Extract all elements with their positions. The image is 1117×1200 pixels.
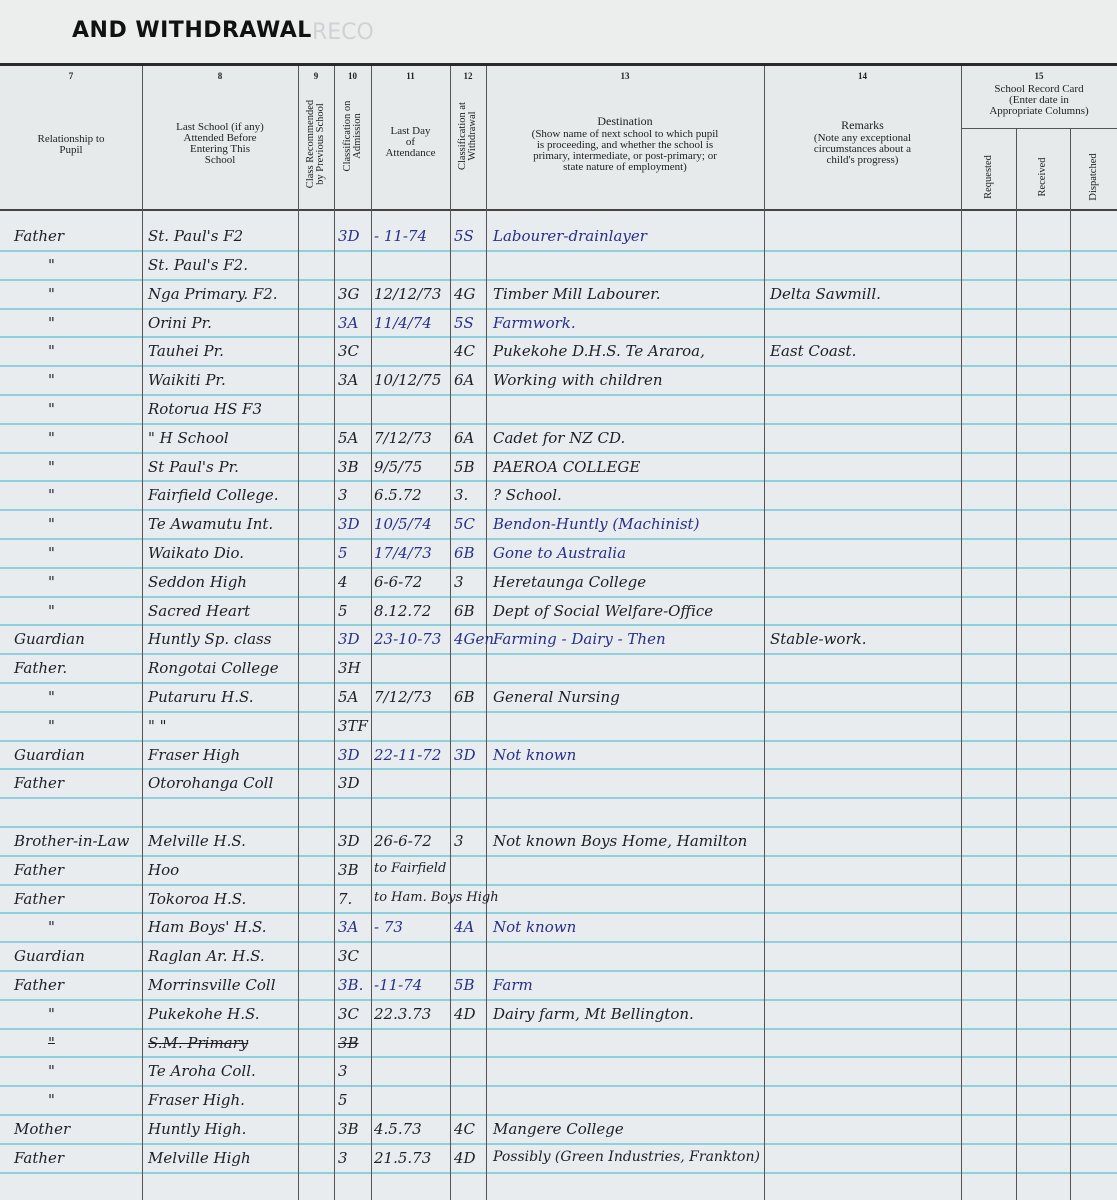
cell-last-school: St. Paul's F2 — [148, 227, 243, 245]
cell-remarks: Stable-work. — [770, 630, 867, 648]
column-label: Dispatched — [1089, 147, 1099, 207]
cell-class-adm: 3B — [338, 458, 359, 476]
cell-last-day: -11-74 — [374, 976, 422, 994]
cell-last-school: Fraser High. — [148, 1091, 245, 1109]
table-row: FatherTokoroa H.S.7.to Ham. Boys High — [0, 890, 1117, 916]
cell-last-school: Hoo — [148, 861, 179, 879]
cell-relationship: Father. — [14, 659, 67, 677]
cell-class-wd: 3 — [454, 832, 464, 850]
cell-relationship: Brother-in-Law — [14, 832, 129, 850]
header-remarks: 14 Remarks (Note any exceptional circums… — [764, 66, 961, 209]
header-dispatched: Dispatched — [1070, 66, 1117, 209]
cell-last-day: 22-11-72 — [374, 746, 441, 764]
cell-class-adm: 5 — [338, 602, 348, 620]
cell-last-school: Raglan Ar. H.S. — [148, 947, 265, 965]
column-label: Classification at Withdrawal — [458, 81, 478, 191]
label-line: School — [142, 155, 298, 166]
table-row: "" H School5A7/12/736ACadet for NZ CD. — [0, 429, 1117, 455]
header-relationship: 7 Relationship to Pupil — [0, 66, 142, 209]
cell-destination: Gone to Australia — [493, 544, 626, 562]
cell-relationship: " — [48, 371, 55, 389]
cell-last-day: 6-6-72 — [374, 573, 422, 591]
label-line: by Previous School — [316, 84, 326, 204]
cell-class-adm: 3D — [338, 774, 360, 792]
cell-last-school: Te Awamutu Int. — [148, 515, 273, 533]
label-line: Withdrawal — [468, 81, 478, 191]
column-label: Last Day of Attendance — [371, 126, 450, 159]
cell-relationship: " — [48, 256, 55, 274]
cell-last-school: Rongotai College — [148, 659, 279, 677]
cell-class-adm: 3G — [338, 285, 360, 303]
cell-class-wd: 3. — [454, 486, 468, 504]
table-row: "Tauhei Pr.3C4CPukekohe D.H.S. Te Araroa… — [0, 342, 1117, 368]
cell-last-day: 9/5/75 — [374, 458, 422, 476]
column-label: Remarks (Note any exceptional circumstan… — [764, 120, 961, 166]
cell-relationship: Father — [14, 976, 64, 994]
column-number: 14 — [764, 71, 961, 82]
cell-destination: Not known — [493, 746, 576, 764]
table-row: MotherHuntly High.3B4.5.734CMangere Coll… — [0, 1120, 1117, 1146]
cell-last-day: to Fairfield — [374, 861, 446, 876]
cell-class-wd: 6B — [454, 544, 475, 562]
cell-class-adm: 7. — [338, 890, 352, 908]
table-row: "Sacred Heart58.12.726BDept of Social We… — [0, 602, 1117, 628]
cell-last-day: 11/4/74 — [374, 314, 432, 332]
cell-last-day: - 73 — [374, 918, 403, 936]
cell-last-day: 12/12/73 — [374, 285, 441, 303]
cell-destination: Farmwork. — [493, 314, 576, 332]
cell-class-wd: 4A — [454, 918, 474, 936]
cell-last-school: Waikiti Pr. — [148, 371, 226, 389]
column-label: Relationship to Pupil — [0, 134, 142, 156]
cell-relationship: " — [48, 429, 55, 447]
cell-last-school: Nga Primary. F2. — [148, 285, 278, 303]
label-line: Attendance — [371, 148, 450, 159]
cell-class-adm: 3D — [338, 227, 360, 245]
cell-class-adm: 5 — [338, 544, 348, 562]
record-card-divider — [961, 128, 1117, 129]
cell-relationship: " — [48, 1091, 55, 1109]
table-row: "Putaruru H.S.5A7/12/736BGeneral Nursing — [0, 688, 1117, 714]
cell-class-adm: 3 — [338, 1149, 348, 1167]
cell-relationship: " — [48, 688, 55, 706]
cell-last-school: Ham Boys' H.S. — [148, 918, 267, 936]
cell-last-school: Fraser High — [148, 746, 240, 764]
table-row: Father.Rongotai College3H — [0, 659, 1117, 685]
cell-relationship: Father — [14, 227, 64, 245]
cell-relationship: " — [48, 602, 55, 620]
page-title: AND WITHDRAWAL — [72, 18, 312, 43]
cell-relationship: " — [48, 285, 55, 303]
cell-relationship: " — [48, 1062, 55, 1080]
cell-destination: Not known — [493, 918, 576, 936]
cell-class-wd: 4Gen — [454, 630, 494, 648]
cell-class-wd: 5B — [454, 976, 475, 994]
cell-last-school: Morrinsville Coll — [148, 976, 276, 994]
cell-last-day: 26-6-72 — [374, 832, 432, 850]
cell-class-adm: 4 — [338, 573, 348, 591]
label-line: Classification on — [343, 81, 353, 191]
cell-class-wd: 6B — [454, 602, 475, 620]
cell-last-day: 8.12.72 — [374, 602, 431, 620]
cell-destination: Working with children — [493, 371, 663, 389]
cell-remarks: East Coast. — [770, 342, 856, 360]
cell-class-adm: 3 — [338, 1062, 348, 1080]
cell-last-school: Tauhei Pr. — [148, 342, 224, 360]
cell-class-adm: 3B — [338, 861, 359, 879]
cell-class-adm: 5 — [338, 1091, 348, 1109]
cell-relationship: " — [48, 1005, 55, 1023]
cell-relationship: Father — [14, 890, 64, 908]
cell-last-school: St. Paul's F2. — [148, 256, 248, 274]
label-line: Admission — [353, 81, 363, 191]
column-label: Class Recommended by Previous School — [306, 84, 326, 204]
cell-relationship: Guardian — [14, 947, 85, 965]
cell-relationship: Father — [14, 1149, 64, 1167]
table-row: "Orini Pr.3A11/4/745SFarmwork. — [0, 314, 1117, 340]
table-row — [0, 803, 1117, 829]
header-destination: 13 Destination (Show name of next school… — [486, 66, 764, 209]
table-row: GuardianHuntly Sp. class3D23-10-734GenFa… — [0, 630, 1117, 656]
table-row: "Te Awamutu Int.3D10/5/745CBendon-Huntly… — [0, 515, 1117, 541]
cell-last-day: 10/5/74 — [374, 515, 432, 533]
cell-last-day: to Ham. Boys High — [374, 890, 499, 905]
cell-class-wd: 4D — [454, 1005, 476, 1023]
cell-destination: Bendon-Huntly (Machinist) — [493, 515, 699, 533]
cell-class-adm: 5A — [338, 688, 358, 706]
cell-last-day: 7/12/73 — [374, 429, 432, 447]
column-number: 7 — [0, 71, 142, 82]
column-number: 8 — [142, 71, 298, 82]
cell-class-wd: 5S — [454, 314, 474, 332]
cell-relationship: " — [48, 400, 55, 418]
cell-last-day: 22.3.73 — [374, 1005, 431, 1023]
table-row: Brother-in-LawMelville H.S.3D26-6-723Not… — [0, 832, 1117, 858]
cell-class-wd: 4G — [454, 285, 476, 303]
cell-destination: Labourer-drainlayer — [493, 227, 647, 245]
cell-last-school: St Paul's Pr. — [148, 458, 239, 476]
cell-relationship: " — [48, 1034, 55, 1052]
cell-class-adm: 3TF — [338, 717, 368, 735]
table-row: FatherHoo3Bto Fairfield — [0, 861, 1117, 887]
cell-class-wd: 6A — [454, 429, 474, 447]
cell-destination: Timber Mill Labourer. — [493, 285, 661, 303]
column-label: Received — [1038, 147, 1048, 207]
table-row: "" "3TF — [0, 717, 1117, 743]
cell-last-school: Sacred Heart — [148, 602, 250, 620]
cell-last-day: 10/12/75 — [374, 371, 441, 389]
cell-destination: Heretaunga College — [493, 573, 646, 591]
label-line: Destination — [486, 116, 764, 127]
cell-last-day: - 11-74 — [374, 227, 427, 245]
cell-relationship: Guardian — [14, 630, 85, 648]
table-row: FatherMelville High321.5.734DPossibly (G… — [0, 1149, 1117, 1175]
cell-class-adm: 3A — [338, 918, 358, 936]
cell-last-school: Huntly Sp. class — [148, 630, 271, 648]
cell-last-school: Rotorua HS F3 — [148, 400, 262, 418]
cell-last-day: 4.5.73 — [374, 1120, 422, 1138]
cell-class-adm: 3 — [338, 486, 348, 504]
cell-class-wd: 3D — [454, 746, 476, 764]
cell-last-school: " H School — [148, 429, 229, 447]
label-line: Relationship to Pupil — [36, 134, 106, 156]
cell-destination: Not known Boys Home, Hamilton — [493, 832, 747, 850]
cell-relationship: " — [48, 314, 55, 332]
cell-last-day: 6.5.72 — [374, 486, 422, 504]
cell-relationship: Mother — [14, 1120, 70, 1138]
cell-last-school: Tokoroa H.S. — [148, 890, 246, 908]
cell-destination: ? School. — [493, 486, 562, 504]
cell-class-adm: 3C — [338, 342, 359, 360]
cell-destination: PAEROA COLLEGE — [493, 458, 640, 476]
column-label: Last School (if any) Attended Before Ent… — [142, 122, 298, 166]
header-last-day: 11 Last Day of Attendance — [371, 66, 450, 209]
table-row: "Pukekohe H.S.3C22.3.734DDairy farm, Mt … — [0, 1005, 1117, 1031]
table-row: FatherSt. Paul's F23D- 11-745SLabourer-d… — [0, 227, 1117, 253]
cell-destination: Mangere College — [493, 1120, 624, 1138]
cell-class-adm: 3A — [338, 314, 358, 332]
header-received: Received — [1016, 66, 1070, 209]
cell-class-adm: 3C — [338, 947, 359, 965]
header-last-school: 8 Last School (if any) Attended Before E… — [142, 66, 298, 209]
cell-last-school: Orini Pr. — [148, 314, 212, 332]
cell-class-wd: 5S — [454, 227, 474, 245]
cell-class-adm: 5A — [338, 429, 358, 447]
cell-destination: Farming - Dairy - Then — [493, 630, 666, 648]
table-row: "St Paul's Pr.3B9/5/755BPAEROA COLLEGE — [0, 458, 1117, 484]
cell-class-wd: 3 — [454, 573, 464, 591]
cell-last-school: Melville High — [148, 1149, 251, 1167]
cell-relationship: " — [48, 458, 55, 476]
subcolumn-divider — [1070, 128, 1071, 209]
cell-destination: Pukekohe D.H.S. Te Araroa, — [493, 342, 705, 360]
cell-class-wd: 5C — [454, 515, 475, 533]
cell-last-school: Pukekohe H.S. — [148, 1005, 260, 1023]
cell-last-day: 23-10-73 — [374, 630, 441, 648]
table-row: "St. Paul's F2. — [0, 256, 1117, 282]
cell-relationship: " — [48, 918, 55, 936]
cell-relationship: " — [48, 486, 55, 504]
cell-destination: General Nursing — [493, 688, 620, 706]
table-row: GuardianRaglan Ar. H.S.3C — [0, 947, 1117, 973]
label-line: state nature of employment) — [486, 162, 764, 173]
cell-last-day: 17/4/73 — [374, 544, 432, 562]
cell-last-school: Fairfield College. — [148, 486, 279, 504]
cell-class-adm: 3D — [338, 630, 360, 648]
cell-class-adm: 3B — [338, 1034, 359, 1052]
cell-destination: Possibly (Green Industries, Frankton) — [493, 1149, 760, 1165]
cell-relationship: " — [48, 342, 55, 360]
table-row: "Ham Boys' H.S.3A- 734ANot known — [0, 918, 1117, 944]
bleed-through-title: RECO — [312, 20, 374, 45]
cell-remarks: Delta Sawmill. — [770, 285, 881, 303]
cell-class-adm: 3B — [338, 1120, 359, 1138]
table-row: "Waikiti Pr.3A10/12/756AWorking with chi… — [0, 371, 1117, 397]
cell-destination: Farm — [493, 976, 533, 994]
cell-last-school: Melville H.S. — [148, 832, 246, 850]
cell-class-wd: 5B — [454, 458, 475, 476]
cell-relationship: Father — [14, 774, 64, 792]
cell-class-wd: 6A — [454, 371, 474, 389]
table-row: FatherOtorohanga Coll3D — [0, 774, 1117, 800]
table-row: GuardianFraser High3D22-11-723DNot known — [0, 746, 1117, 772]
cell-class-adm: 3C — [338, 1005, 359, 1023]
cell-destination: Dept of Social Welfare-Office — [493, 602, 713, 620]
header-classification-withdrawal: 12 Classification at Withdrawal — [450, 66, 486, 209]
cell-relationship: " — [48, 515, 55, 533]
cell-last-school: S.M. Primary — [148, 1034, 248, 1052]
table-row: "Nga Primary. F2.3G12/12/734GTimber Mill… — [0, 285, 1117, 311]
label-line: child's progress) — [764, 155, 961, 166]
cell-relationship: " — [48, 544, 55, 562]
cell-last-school: " " — [148, 717, 167, 735]
header-requested: Requested — [961, 66, 1016, 209]
cell-last-school: Huntly High. — [148, 1120, 246, 1138]
cell-last-school: Putaruru H.S. — [148, 688, 254, 706]
cell-last-school: Te Aroha Coll. — [148, 1062, 256, 1080]
cell-relationship: " — [48, 573, 55, 591]
cell-relationship: Father — [14, 861, 64, 879]
cell-class-wd: 6B — [454, 688, 475, 706]
label-line: Remarks — [764, 120, 961, 131]
cell-relationship: Guardian — [14, 746, 85, 764]
cell-class-adm: 3H — [338, 659, 361, 677]
cell-destination: Dairy farm, Mt Bellington. — [493, 1005, 694, 1023]
table-row: "Rotorua HS F3 — [0, 400, 1117, 426]
subcolumn-divider — [1016, 128, 1017, 209]
header-class-recommended: 9 Class Recommended by Previous School — [298, 66, 334, 209]
table-row: FatherMorrinsville Coll3B.-11-745BFarm — [0, 976, 1117, 1002]
table-row: "Fraser High.5 — [0, 1091, 1117, 1117]
table-row: "Seddon High46-6-723Heretaunga College — [0, 573, 1117, 599]
table-row: "Fairfield College.36.5.723.? School. — [0, 486, 1117, 512]
column-number: 9 — [298, 71, 334, 82]
cell-class-adm: 3B. — [338, 976, 363, 994]
cell-last-school: Otorohanga Coll — [148, 774, 273, 792]
cell-last-day: 21.5.73 — [374, 1149, 431, 1167]
cell-class-wd: 4C — [454, 342, 475, 360]
table-row: "Te Aroha Coll.3 — [0, 1062, 1117, 1088]
column-label: Classification on Admission — [343, 81, 363, 191]
table-row: "Waikato Dio.517/4/736BGone to Australia — [0, 544, 1117, 570]
table-row: "S.M. Primary3B — [0, 1034, 1117, 1060]
cell-class-adm: 3A — [338, 371, 358, 389]
cell-class-wd: 4D — [454, 1149, 476, 1167]
cell-class-adm: 3D — [338, 515, 360, 533]
cell-last-school: Waikato Dio. — [148, 544, 244, 562]
column-label: Requested — [984, 147, 994, 207]
column-label: Destination (Show name of next school to… — [486, 116, 764, 173]
cell-class-adm: 3D — [338, 832, 360, 850]
cell-destination: Cadet for NZ CD. — [493, 429, 625, 447]
cell-last-day: 7/12/73 — [374, 688, 432, 706]
header-classification-admission: 10 Classification on Admission — [334, 66, 371, 209]
column-number: 13 — [486, 71, 764, 82]
cell-last-school: Seddon High — [148, 573, 247, 591]
header-bottom-rule — [0, 209, 1117, 211]
column-number: 11 — [371, 71, 450, 82]
cell-class-adm: 3D — [338, 746, 360, 764]
cell-class-wd: 4C — [454, 1120, 475, 1138]
cell-relationship: " — [48, 717, 55, 735]
